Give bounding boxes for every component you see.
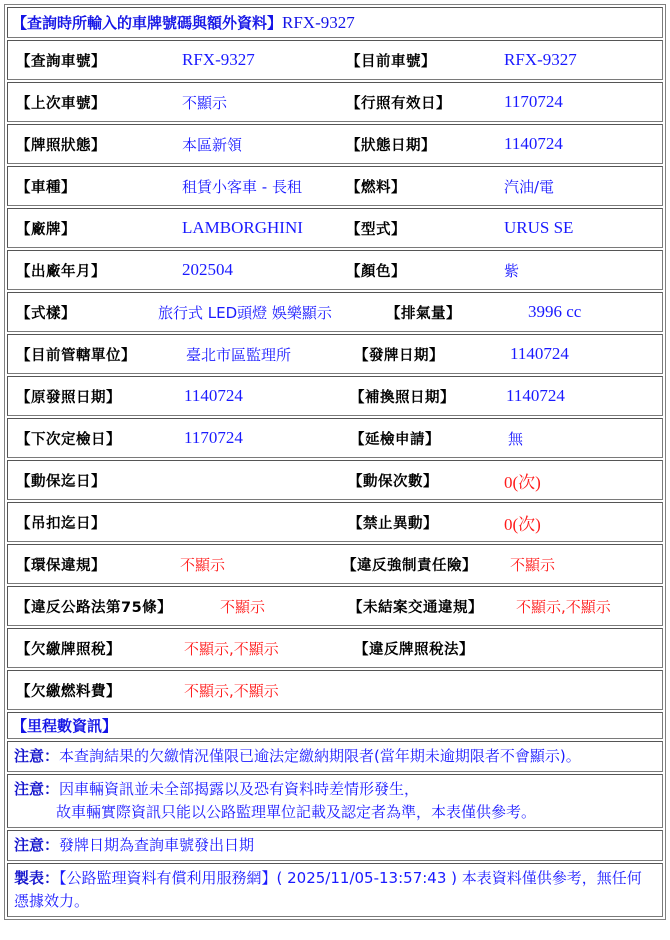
value-query-plate: RFX-9327 <box>182 41 255 79</box>
value-inspection-extension: 無 <box>508 419 523 457</box>
value-compulsory-insurance: 不顯示 <box>510 545 555 583</box>
label-inspection-extension: 【延檢申請】 <box>350 419 440 457</box>
data-row-brand: 【廠牌】 LAMBORGHINI 【型式】 URUS SE <box>7 208 663 248</box>
value-model: URUS SE <box>504 209 573 247</box>
data-row-body-style: 【式樣】 旅行式 LED頭燈 娛樂顯示 【排氣量】 3996 cc <box>7 292 663 332</box>
data-row-manufacture-date: 【出廠年月】 202504 【顏色】 紫 <box>7 250 663 290</box>
value-displacement: 3996 cc <box>528 293 581 331</box>
value-previous-plate: 不顯示 <box>182 83 227 121</box>
data-row-plate-status: 【牌照狀態】 本區新領 【狀態日期】 1140724 <box>7 124 663 164</box>
note-2-line-2: 故車輛實際資訊只能以公路監理單位記載及認定者為準，本表僅供參考。 <box>14 801 656 824</box>
label-fuel: 【燃料】 <box>346 167 406 205</box>
label-chattel-mortgage-count: 【動保次數】 <box>348 461 438 499</box>
data-row-fuel-fee: 【欠繳燃料費】 不顯示,不顯示 <box>7 670 663 710</box>
label-env-violation: 【環保違規】 <box>16 545 106 583</box>
value-highway-act-75: 不顯示 <box>220 587 265 625</box>
footer-tag: 製表： <box>14 869 59 887</box>
label-previous-plate: 【上次車號】 <box>16 83 106 121</box>
label-next-inspection: 【下次定檢日】 <box>16 419 121 457</box>
label-reissue-date: 【補換照日期】 <box>350 377 455 415</box>
note-1: 注意：本查詢結果的欠繳情況僅限已逾法定繳納期限者(當年期未逾期限者不會顯示)。 <box>8 742 662 771</box>
label-current-plate: 【目前車號】 <box>346 41 436 79</box>
page-title: 【查詢時所輸入的車牌號碼與額外資料】RFX-9327 <box>12 8 355 37</box>
note-1-tag: 注意： <box>14 747 59 765</box>
value-manufacture-date: 202504 <box>182 251 233 289</box>
value-transfer-ban: 0(次) <box>504 503 541 541</box>
value-license-valid-date: 1170724 <box>504 83 563 121</box>
label-manufacture-date: 【出廠年月】 <box>16 251 106 289</box>
data-row-env-violation: 【環保違規】 不顯示 【違反強制責任險】 不顯示 <box>7 544 663 584</box>
mileage-row: 【里程數資訊】 <box>7 712 663 739</box>
value-status-date: 1140724 <box>504 125 563 163</box>
value-env-violation: 不顯示 <box>180 545 225 583</box>
label-license-valid-date: 【行照有效日】 <box>346 83 451 121</box>
label-compulsory-insurance: 【違反強制責任險】 <box>342 545 477 583</box>
vehicle-info-table: 【查詢時所輸入的車牌號碼與額外資料】RFX-9327 【查詢車號】 RFX-93… <box>4 4 666 920</box>
value-issue-date: 1140724 <box>510 335 569 373</box>
value-unpaid-fuel-fee: 不顯示,不顯示 <box>184 671 279 709</box>
footer-text: 【公路監理資料有償利用服務網】( 2025/11/05-13:57:43 ) 本… <box>14 869 642 910</box>
header-row: 【查詢時所輸入的車牌號碼與額外資料】RFX-9327 <box>7 7 663 38</box>
label-plate-status: 【牌照狀態】 <box>16 125 106 163</box>
label-body-style: 【式樣】 <box>16 293 76 331</box>
data-row-previous-plate: 【上次車號】 不顯示 【行照有效日】 1170724 <box>7 82 663 122</box>
note-2: 注意：因車輛資訊並未全部揭露以及恐有資料時差情形發生， 故車輛實際資訊只能以公路… <box>8 775 662 827</box>
data-row-original-issue-date: 【原發照日期】 1140724 【補換照日期】 1140724 <box>7 376 663 416</box>
value-color: 紫 <box>504 251 519 289</box>
label-status-date: 【狀態日期】 <box>346 125 436 163</box>
data-row-jurisdiction: 【目前管轄單位】 臺北市區監理所 【發牌日期】 1140724 <box>7 334 663 374</box>
label-highway-act-75: 【違反公路法第75條】 <box>16 587 172 625</box>
note-2-line-1: 因車輛資訊並未全部揭露以及恐有資料時差情形發生， <box>59 780 419 798</box>
data-row-highway-act: 【違反公路法第75條】 不顯示 【未結案交通違規】 不顯示,不顯示 <box>7 586 663 626</box>
value-current-plate: RFX-9327 <box>504 41 577 79</box>
label-unpaid-license-tax: 【欠繳牌照稅】 <box>16 629 121 667</box>
data-row-suspension: 【吊扣迄日】 【禁止異動】 0(次) <box>7 502 663 542</box>
data-row-license-tax: 【欠繳牌照稅】 不顯示,不顯示 【違反牌照稅法】 <box>7 628 663 668</box>
label-unsettled-traffic-violation: 【未結案交通違規】 <box>348 587 483 625</box>
label-chattel-mortgage-end: 【動保迄日】 <box>16 461 106 499</box>
note-row-1: 注意：本查詢結果的欠繳情況僅限已逾法定繳納期限者(當年期未逾期限者不會顯示)。 <box>7 741 663 772</box>
value-original-issue-date: 1140724 <box>184 377 243 415</box>
label-jurisdiction: 【目前管轄單位】 <box>16 335 136 373</box>
note-row-2: 注意：因車輛資訊並未全部揭露以及恐有資料時差情形發生， 故車輛實際資訊只能以公路… <box>7 774 663 828</box>
label-suspension-end: 【吊扣迄日】 <box>16 503 106 541</box>
note-2-tag: 注意： <box>14 780 59 798</box>
data-row-next-inspection: 【下次定檢日】 1170724 【延檢申請】 無 <box>7 418 663 458</box>
note-3: 注意：發牌日期為查詢車號發出日期 <box>8 831 662 860</box>
footer-note: 製表：【公路監理資料有償利用服務網】( 2025/11/05-13:57:43 … <box>8 864 662 916</box>
value-brand: LAMBORGHINI <box>182 209 303 247</box>
label-brand: 【廠牌】 <box>16 209 76 247</box>
label-color: 【顏色】 <box>346 251 406 289</box>
data-row-vehicle-type: 【車種】 租賃小客車 - 長租 【燃料】 汽油/電 <box>7 166 663 206</box>
value-body-style: 旅行式 LED頭燈 娛樂顯示 <box>158 293 332 331</box>
note-3-text: 發牌日期為查詢車號發出日期 <box>59 836 254 854</box>
label-original-issue-date: 【原發照日期】 <box>16 377 121 415</box>
note-row-3: 注意：發牌日期為查詢車號發出日期 <box>7 830 663 861</box>
value-fuel: 汽油/電 <box>504 167 554 205</box>
value-next-inspection: 1170724 <box>184 419 243 457</box>
footer-row: 製表：【公路監理資料有償利用服務網】( 2025/11/05-13:57:43 … <box>7 863 663 917</box>
value-unpaid-license-tax: 不顯示,不顯示 <box>184 629 279 667</box>
label-displacement: 【排氣量】 <box>386 293 461 331</box>
value-vehicle-type: 租賃小客車 - 長租 <box>182 167 302 205</box>
data-row-chattel-mortgage: 【動保迄日】 【動保次數】 0(次) <box>7 460 663 500</box>
value-chattel-mortgage-count: 0(次) <box>504 461 541 499</box>
label-license-tax-violation: 【違反牌照稅法】 <box>354 629 474 667</box>
label-issue-date: 【發牌日期】 <box>354 335 444 373</box>
data-row-query-plate: 【查詢車號】 RFX-9327 【目前車號】 RFX-9327 <box>7 40 663 80</box>
title-label: 【查詢時所輸入的車牌號碼與額外資料】 <box>12 12 282 33</box>
mileage-heading: 【里程數資訊】 <box>12 713 117 738</box>
label-query-plate: 【查詢車號】 <box>16 41 106 79</box>
value-plate-status: 本區新領 <box>182 125 242 163</box>
title-plate: RFX-9327 <box>282 13 355 33</box>
label-vehicle-type: 【車種】 <box>16 167 76 205</box>
label-model: 【型式】 <box>346 209 406 247</box>
value-jurisdiction: 臺北市區監理所 <box>186 335 291 373</box>
value-unsettled-traffic-violation: 不顯示,不顯示 <box>516 587 611 625</box>
note-3-tag: 注意： <box>14 836 59 854</box>
note-1-text: 本查詢結果的欠繳情況僅限已逾法定繳納期限者(當年期未逾期限者不會顯示)。 <box>59 747 581 765</box>
label-unpaid-fuel-fee: 【欠繳燃料費】 <box>16 671 121 709</box>
value-reissue-date: 1140724 <box>506 377 565 415</box>
label-transfer-ban: 【禁止異動】 <box>348 503 438 541</box>
